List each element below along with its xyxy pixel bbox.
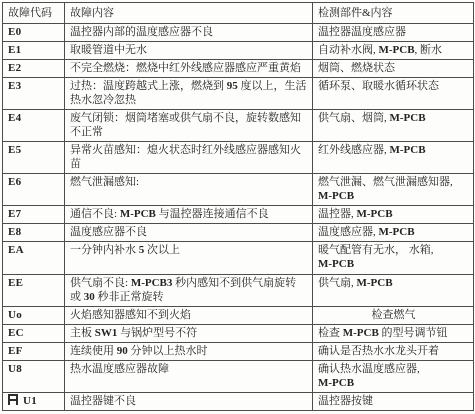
- fault-code: E8: [8, 226, 21, 238]
- fault-content-cell: 过热：温度跨越式上涨，燃烧到 95 度以上，生活 热水忽冷忽热: [65, 78, 313, 110]
- detect-cell: 红外线感应器, M-PCB: [313, 142, 474, 174]
- fault-content-cell: 热水温度感应器故障: [65, 360, 313, 392]
- table-row: E3 过热：温度跨越式上涨，燃烧到 95 度以上，生活 热水忽冷忽热 循环泵、取…: [3, 78, 474, 110]
- fault-code: Uo: [8, 309, 22, 321]
- table-row: E2 不完全燃烧：燃烧中红外线感应器感应严重黄焰 烟筒、燃烧状态: [3, 60, 474, 78]
- header-row: 故障代码 故障内容 检测部件&内容: [3, 3, 474, 24]
- table-row: E8 温度感应器不良 温度感应器, M-PCB: [3, 224, 474, 242]
- fault-code-cell: EE: [3, 274, 65, 306]
- fault-code: EA: [8, 244, 24, 256]
- fault-content-cell: 燃气泄漏感知:: [65, 174, 313, 206]
- fault-code: EF: [8, 345, 23, 357]
- detect-cell: 自动补水阀, M-PCB, 断水: [313, 42, 474, 60]
- fault-code: E5: [8, 144, 21, 156]
- table-row: EF 连续使用 90 分钟以上热水时 确认是否热水水龙头开着: [3, 342, 474, 360]
- fault-code: EE: [8, 277, 23, 289]
- fault-code-cell: E2: [3, 60, 65, 78]
- fault-code-cell: E3: [3, 78, 65, 110]
- table-row: EC 主板 SW1 与锅炉型号不符 检查 M-PCB 的型号调节钮: [3, 324, 474, 342]
- fault-code-cell: E5: [3, 142, 65, 174]
- fault-code: E4: [8, 112, 21, 124]
- fault-code-cell: E6: [3, 174, 65, 206]
- fault-code: E6: [8, 176, 21, 188]
- fault-code: U8: [8, 363, 22, 375]
- fault-content-cell: 温控器键不良: [65, 392, 313, 410]
- table-row: E5 异常火苗感知：熄火状态时红外线感应器感知火 苗 红外线感应器, M-PCB: [3, 142, 474, 174]
- fault-code-cell: E4: [3, 110, 65, 142]
- fault-code: E2: [8, 62, 21, 74]
- col-header-fault-code: 故障代码: [3, 3, 65, 24]
- detect-cell: 供气扇、烟筒, M-PCB: [313, 110, 474, 142]
- table-row: U1 温控器键不良 温控器按键: [3, 392, 474, 410]
- detect-cell: 温控器按键: [313, 392, 474, 410]
- detect-cell: 温控器温度感应器: [313, 24, 474, 42]
- detect-cell: 烟筒、燃烧状态: [313, 60, 474, 78]
- table-row: EE 供气扇不良: M-PCB3 秒内感知不到供气扇旋转 或 30 秒非正常旋转…: [3, 274, 474, 306]
- fault-content-cell: 一分钟内补水 5 次以上: [65, 242, 313, 274]
- detect-cell: 循环泵、取暖水循环状态: [313, 78, 474, 110]
- fault-code: E1: [8, 44, 21, 56]
- fault-code-cell: U8: [3, 360, 65, 392]
- fault-code: E3: [8, 80, 21, 92]
- fault-content-cell: 主板 SW1 与锅炉型号不符: [65, 324, 313, 342]
- table-row: E6 燃气泄漏感知: 燃气泄漏、燃气泄漏感知器, M-PCB: [3, 174, 474, 206]
- fault-code-cell: Uo: [3, 306, 65, 324]
- fault-content-cell: 通信不良: M-PCB 与温控器连接通信不良: [65, 206, 313, 224]
- table-row: E1 取暖管道中无水 自动补水阀, M-PCB, 断水: [3, 42, 474, 60]
- detect-cell: 确认是否热水水龙头开着: [313, 342, 474, 360]
- fault-code: E7: [8, 208, 21, 220]
- table-row: EA 一分钟内补水 5 次以上 暖气配管有无水， 水箱, M-PCB: [3, 242, 474, 274]
- scanned-document-page: 故障代码 故障内容 检测部件&内容 E0 温控器内部的温度感应器不良 温控器温度…: [0, 0, 475, 414]
- fault-code-cell: E1: [3, 42, 65, 60]
- fault-content-cell: 不完全燃烧：燃烧中红外线感应器感应严重黄焰: [65, 60, 313, 78]
- fault-code-cell: E7: [3, 206, 65, 224]
- fault-content-cell: 温控器内部的温度感应器不良: [65, 24, 313, 42]
- detect-cell: 燃气泄漏、燃气泄漏感知器, M-PCB: [313, 174, 474, 206]
- fault-content-cell: 供气扇不良: M-PCB3 秒内感知不到供气扇旋转 或 30 秒非正常旋转: [65, 274, 313, 306]
- fault-code-table: 故障代码 故障内容 检测部件&内容 E0 温控器内部的温度感应器不良 温控器温度…: [2, 2, 474, 411]
- fault-code: U1: [23, 395, 37, 407]
- table-row: U8 热水温度感应器故障 确认热水温度感应器, M-PCB: [3, 360, 474, 392]
- table-row: E7 通信不良: M-PCB 与温控器连接通信不良 温控器, M-PCB: [3, 206, 474, 224]
- fault-content-cell: 废气闭锁：烟筒堵塞或供气扇不良，旋转数感知 不正常: [65, 110, 313, 142]
- table-row: Uo 火焰感知器感知不到火焰 检查燃气: [3, 306, 474, 324]
- detect-cell: 检查 M-PCB 的型号调节钮: [313, 324, 474, 342]
- fault-code: EC: [8, 327, 24, 339]
- table-header: 故障代码 故障内容 检测部件&内容: [3, 3, 474, 24]
- fault-content-cell: 温度感应器不良: [65, 224, 313, 242]
- table-row: E0 温控器内部的温度感应器不良 温控器温度感应器: [3, 24, 474, 42]
- fault-content-cell: 连续使用 90 分钟以上热水时: [65, 342, 313, 360]
- fault-code-cell: EA: [3, 242, 65, 274]
- detect-cell: 检查燃气: [313, 306, 474, 324]
- detect-cell: 暖气配管有无水， 水箱, M-PCB: [313, 242, 474, 274]
- detect-cell: 温控器, M-PCB: [313, 206, 474, 224]
- fault-content-cell: 异常火苗感知：熄火状态时红外线感应器感知火 苗: [65, 142, 313, 174]
- detect-cell: 确认热水温度感应器, M-PCB: [313, 360, 474, 392]
- detect-cell: 供气扇, M-PCB: [313, 274, 474, 306]
- fault-code-cell: E8: [3, 224, 65, 242]
- fault-content-cell: 取暖管道中无水: [65, 42, 313, 60]
- fault-code: E0: [8, 26, 21, 38]
- fault-code-cell: EC: [3, 324, 65, 342]
- fault-code-cell: E0: [3, 24, 65, 42]
- table-body: E0 温控器内部的温度感应器不良 温控器温度感应器 E1 取暖管道中无水 自动补…: [3, 24, 474, 411]
- detect-cell: 温度感应器, M-PCB: [313, 224, 474, 242]
- col-header-fault-content: 故障内容: [65, 3, 313, 24]
- display-segment-icon: [8, 394, 18, 405]
- table-row: E4 废气闭锁：烟筒堵塞或供气扇不良，旋转数感知 不正常 供气扇、烟筒, M-P…: [3, 110, 474, 142]
- fault-code-cell: U1: [3, 392, 65, 410]
- col-header-detect: 检测部件&内容: [313, 3, 474, 24]
- fault-code-cell: EF: [3, 342, 65, 360]
- fault-content-cell: 火焰感知器感知不到火焰: [65, 306, 313, 324]
